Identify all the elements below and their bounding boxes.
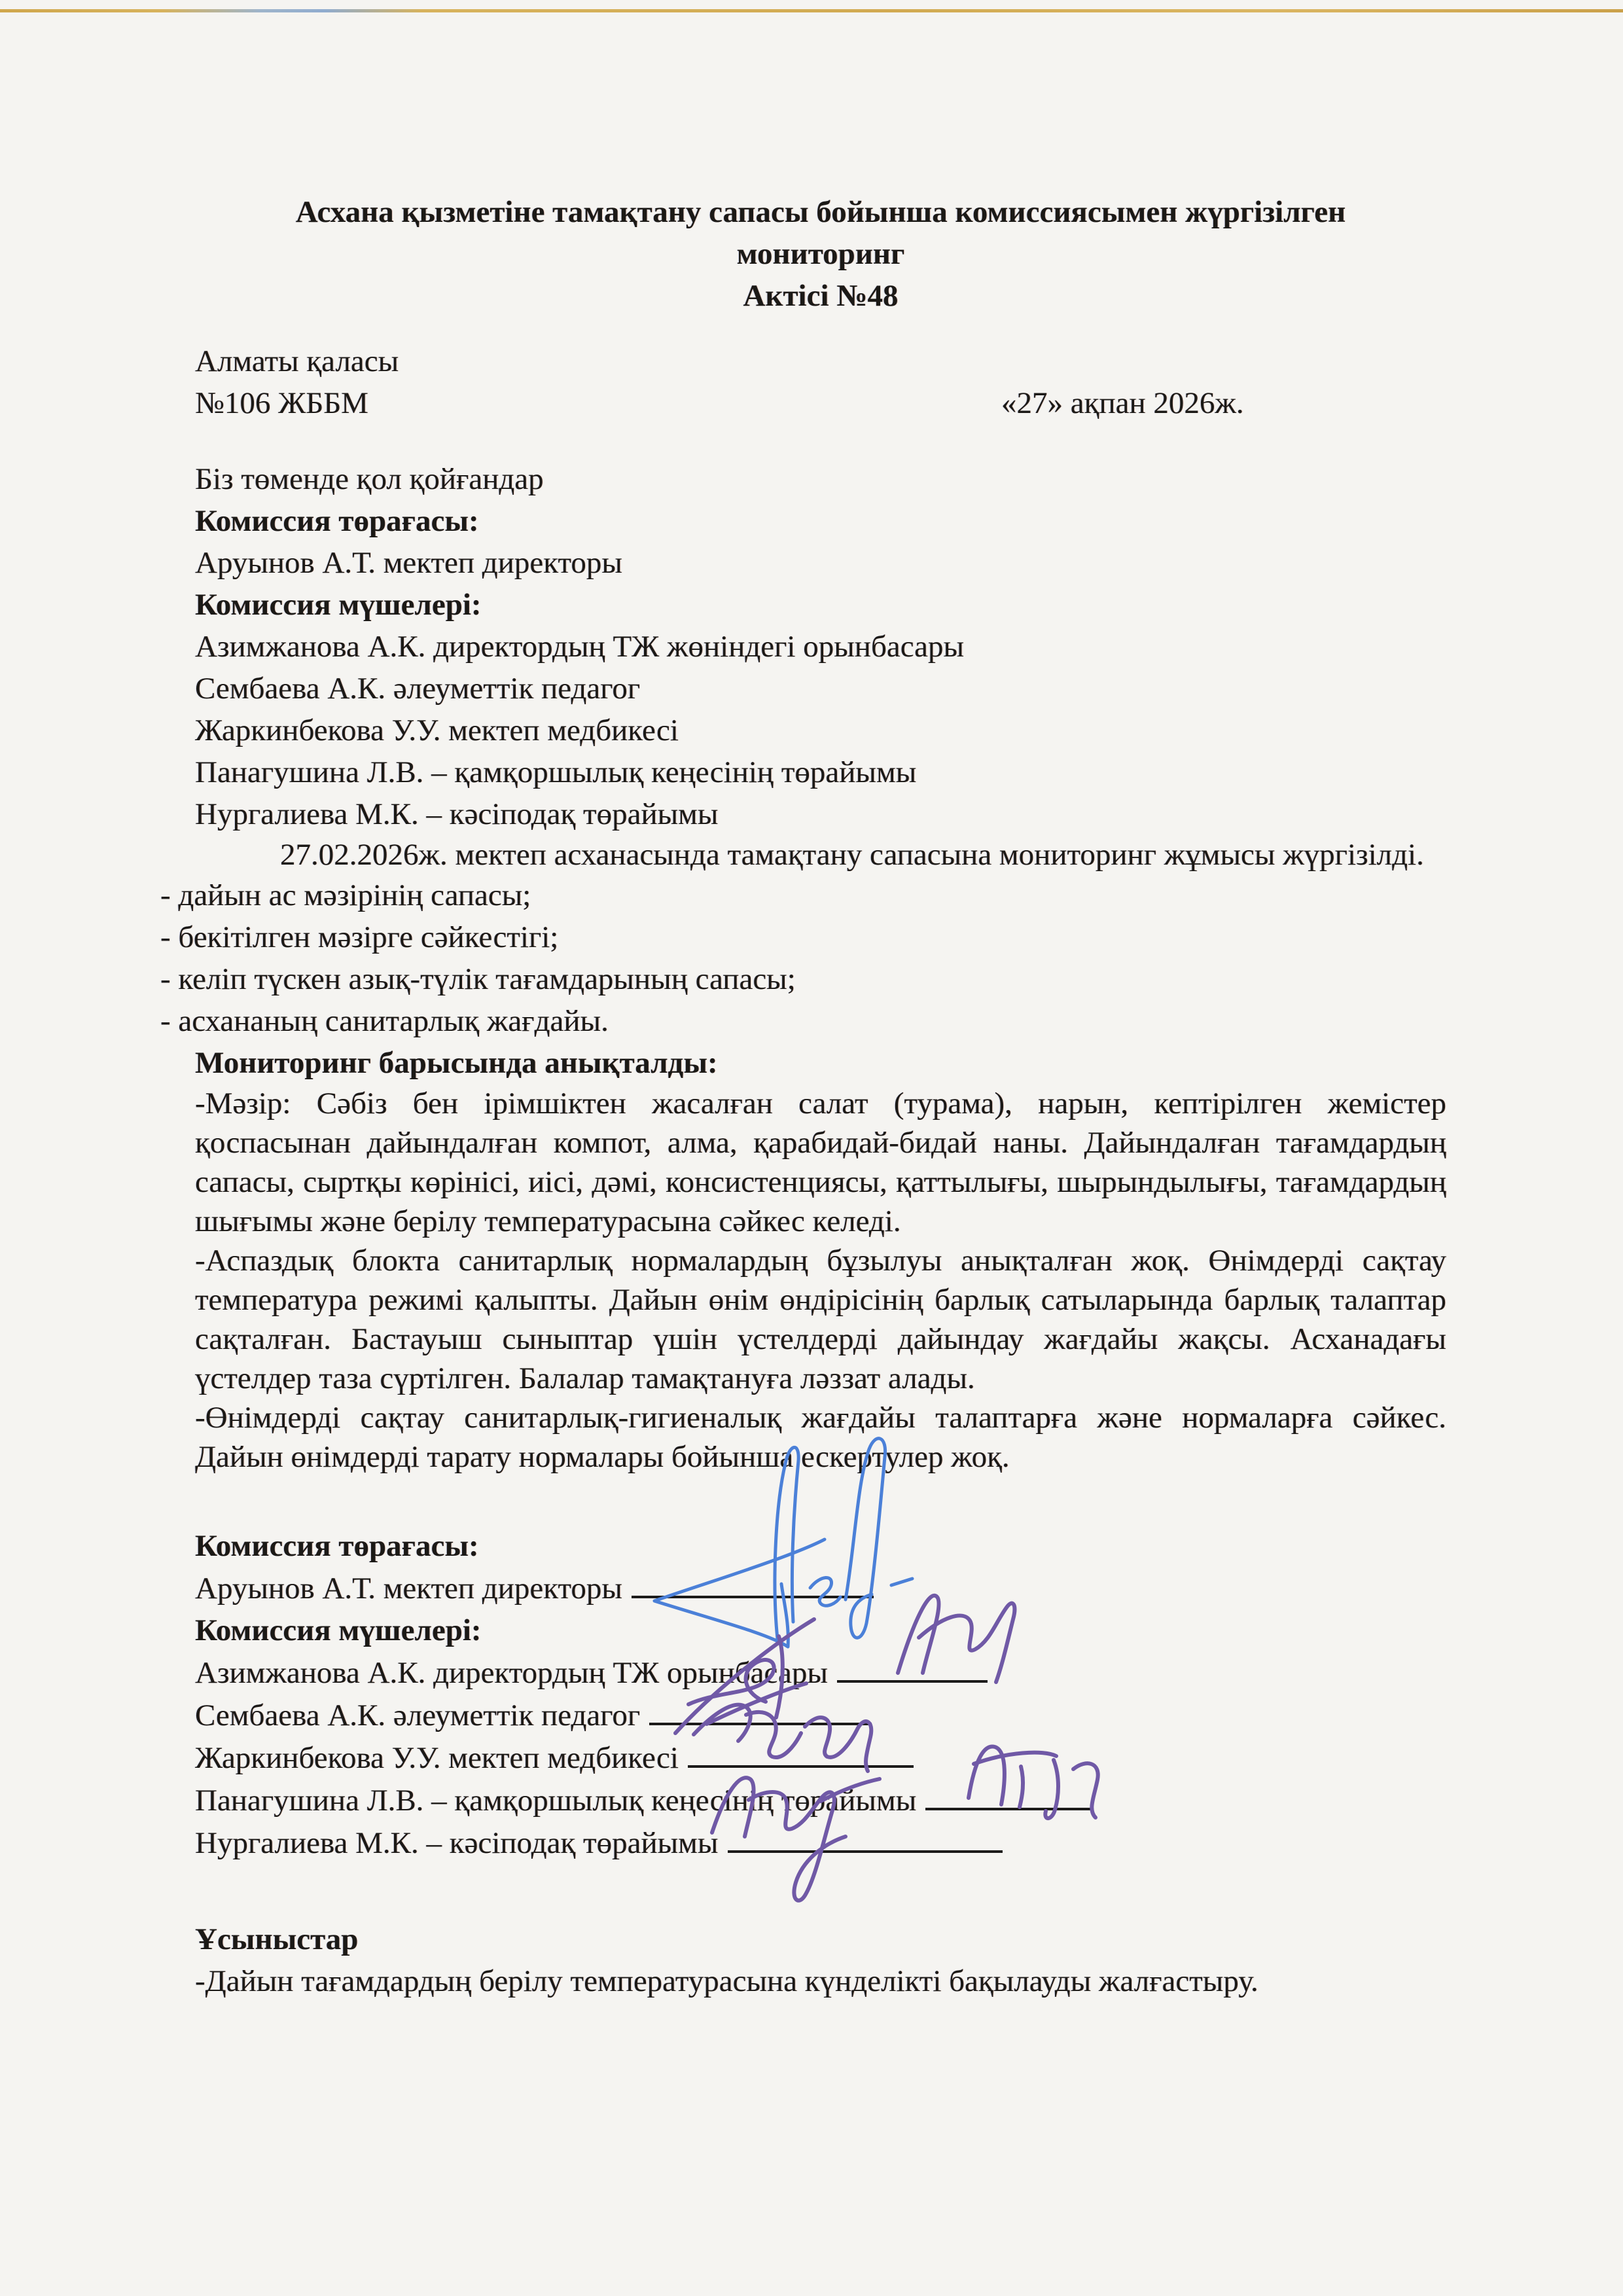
signature-underline (632, 1567, 874, 1598)
sig-member-label: Панагушина Л.В. – қамқоршылық кеңесінің … (195, 1784, 916, 1818)
sig-member-label: Сембаева А.К. әлеуметтік педагог (195, 1698, 640, 1732)
signature-underline (837, 1651, 988, 1683)
document-date: «27» ақпан 2026ж. (1001, 382, 1244, 424)
finding-paragraph: -Аспаздық блокта санитарлық нормалардың … (195, 1241, 1446, 1398)
recommendations-heading: Ұсыныстар (195, 1918, 1446, 1960)
school-date-row: №106 ЖББМ «27» ақпан 2026ж. (195, 382, 1446, 424)
sig-members-heading: Комиссия мүшелері: (195, 1609, 1446, 1651)
finding-paragraph: -Өнімдерді сақтау санитарлық-гигиеналық … (195, 1398, 1446, 1477)
member-line: Сембаева А.К. әлеуметтік педагог (195, 668, 1446, 709)
city-line: Алматы қаласы (195, 340, 1446, 382)
sig-chair-label: Аруынов А.Т. мектеп директоры (195, 1571, 622, 1605)
intro-block: Біз төменде қол қойғандар Комиссия төрағ… (195, 458, 1446, 835)
school-name: №106 ЖББМ (195, 386, 368, 420)
sig-member-row: Нургалиева М.К. – кәсіподақ төрайымы (195, 1821, 1446, 1864)
document-content: Асхана қызметіне тамақтану сапасы бойынш… (195, 191, 1446, 2002)
document-title-line-3: Актісі №48 (195, 275, 1446, 317)
checklist-item: - дайын ас мәзірінің сапасы; (160, 874, 1446, 916)
findings-heading: Мониторинг барысында анықталды: (195, 1042, 1446, 1084)
header-block: Алматы қаласы №106 ЖББМ «27» ақпан 2026ж… (195, 340, 1446, 424)
member-line: Нургалиева М.К. – кәсіподақ төрайымы (195, 793, 1446, 835)
document-title-line-1: Асхана қызметіне тамақтану сапасы бойынш… (195, 191, 1446, 233)
recommendation-line: -Дайын тағамдардың берілу температурасын… (195, 1960, 1446, 2002)
checklist: - дайын ас мәзірінің сапасы; - бекітілге… (160, 874, 1446, 1042)
scanner-edge-artifact (0, 9, 1623, 12)
sig-member-label: Азимжанова А.К. директордың ТЖ орынбасар… (195, 1656, 828, 1690)
chair-heading: Комиссия төрағасы: (195, 500, 1446, 542)
checklist-item: - асхананың санитарлық жағдайы. (160, 1000, 1446, 1042)
member-line: Азимжанова А.К. директордың ТЖ жөніндегі… (195, 626, 1446, 668)
scanned-document-page: Асхана қызметіне тамақтану сапасы бойынш… (0, 0, 1623, 2296)
member-line: Жаркинбекова У.У. мектеп медбикесі (195, 709, 1446, 751)
intro-line: Біз төменде қол қойғандар (195, 458, 1446, 500)
checklist-item: - бекітілген мәзірге сәйкестігі; (160, 916, 1446, 958)
signature-underline (688, 1736, 914, 1768)
chair-name: Аруынов А.Т. мектеп директоры (195, 542, 1446, 584)
sig-member-row: Панагушина Л.В. – қамқоршылық кеңесінің … (195, 1779, 1446, 1821)
member-line: Панагушина Л.В. – қамқоршылық кеңесінің … (195, 751, 1446, 793)
sig-chair-heading: Комиссия төрағасы: (195, 1525, 1446, 1567)
document-title-line-2: мониторинг (195, 233, 1446, 275)
finding-paragraph: -Мәзір: Сәбіз бен ірімшіктен жасалған са… (195, 1084, 1446, 1241)
recommendations-block: Ұсыныстар -Дайын тағамдардың берілу темп… (195, 1918, 1446, 2002)
members-heading: Комиссия мүшелері: (195, 584, 1446, 626)
signature-underline (649, 1694, 872, 1725)
signature-section: Комиссия төрағасы: Аруынов А.Т. мектеп д… (195, 1525, 1446, 1864)
sig-member-label: Жаркинбекова У.У. мектеп медбикесі (195, 1741, 679, 1775)
sig-member-row: Азимжанова А.К. директордың ТЖ орынбасар… (195, 1651, 1446, 1694)
sig-member-label: Нургалиева М.К. – кәсіподақ төрайымы (195, 1826, 719, 1860)
sig-chair-row: Аруынов А.Т. мектеп директоры (195, 1567, 1446, 1609)
signature-underline (728, 1821, 1003, 1853)
sig-member-row: Сембаева А.К. әлеуметтік педагог (195, 1694, 1446, 1736)
checklist-item: - келіп түскен азық-түлік тағамдарының с… (160, 958, 1446, 1000)
monitoring-intro-paragraph: 27.02.2026ж. мектеп асханасында тамақтан… (195, 835, 1446, 874)
signature-underline (925, 1779, 1092, 1810)
sig-member-row: Жаркинбекова У.У. мектеп медбикесі (195, 1736, 1446, 1779)
